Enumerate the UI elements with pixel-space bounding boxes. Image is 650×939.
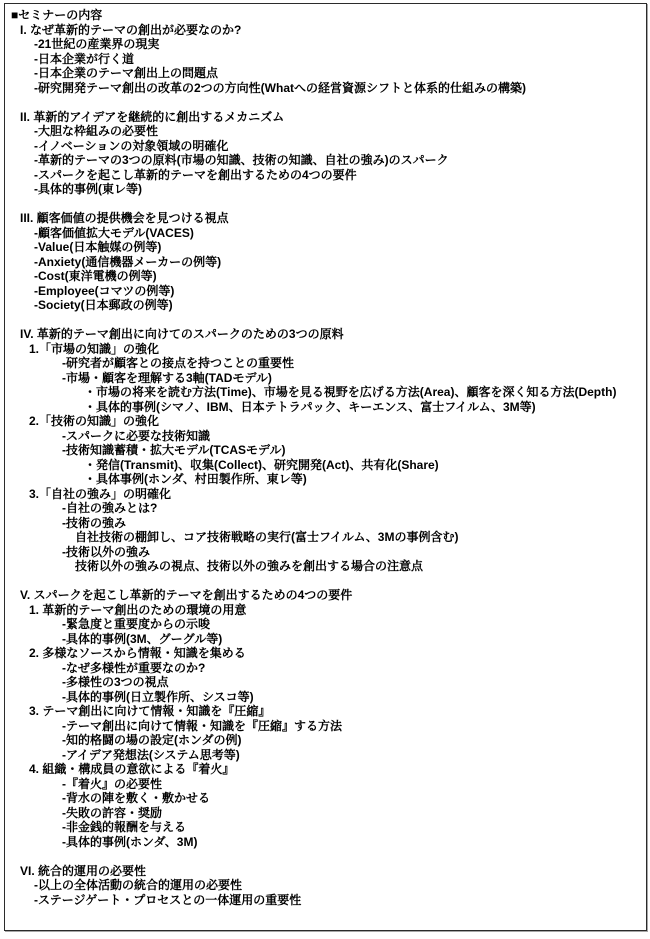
outline-line: V. スパークを起こし革新的テーマを創出するための4つの要件 [5,588,646,603]
outline-line: -技術以外の強み [5,545,646,560]
outline-line: ・発信(Transmit)、収集(Collect)、研究開発(Act)、共有化(… [5,458,646,473]
outline-line: -スパークに必要な技術知識 [5,429,646,444]
outline-line: -市場・顧客を理解する3軸(TADモデル) [5,371,646,386]
outline-line: 自社技術の棚卸し、コア技術戦略の実行(富士フイルム、3Mの事例含む) [5,530,646,545]
outline-line: -緊急度と重要度からの示唆 [5,617,646,632]
blank-line [5,849,646,864]
outline-line: I. なぜ革新的テーマの創出が必要なのか? [5,23,646,38]
outline-line: -『着火』の必要性 [5,777,646,792]
blank-line [5,197,646,212]
outline-line: -以上の全体活動の統合的運用の必要性 [5,878,646,893]
blank-line [5,95,646,110]
outline-line: 1.「市場の知識」の強化 [5,342,646,357]
document-page: ■セミナーの内容 I. なぜ革新的テーマの創出が必要なのか?-21世紀の産業界の… [4,3,647,931]
outline-line: 3.「自社の強み」の明確化 [5,487,646,502]
outline-line: -失敗の許容・奨励 [5,806,646,821]
outline-line: 技術以外の強みの視点、技術以外の強みを創出する場合の注意点 [5,559,646,574]
outline-line: -革新的テーマの3つの原料(市場の知識、技術の知識、自社の強み)のスパーク [5,153,646,168]
outline-line: -スパークを起こし革新的テーマを創出するための4つの要件 [5,168,646,183]
seminar-outline: ■セミナーの内容 I. なぜ革新的テーマの創出が必要なのか?-21世紀の産業界の… [5,8,646,907]
outline-line: -具体的事例(東レ等) [5,182,646,197]
blank-line [5,313,646,328]
outline-line: -Employee(コマツの例等) [5,284,646,299]
outline-line: -技術知識蓄積・拡大モデル(TCASモデル) [5,443,646,458]
outline-line: -Value(日本触媒の例等) [5,240,646,255]
outline-line: -大胆な枠組みの必要性 [5,124,646,139]
outline-line: 3. テーマ創出に向けて情報・知識を『圧縮』 [5,704,646,719]
outline-line: ・具体的事例(シマノ、IBM、日本テトラパック、キーエンス、富士フイルム、3M等… [5,400,646,415]
outline-line: -具体的事例(ホンダ、3M) [5,835,646,850]
outline-line: -知的格闘の場の設定(ホンダの例) [5,733,646,748]
document-title: ■セミナーの内容 [5,8,646,23]
outline-line: -なぜ多様性が重要なのか? [5,661,646,676]
outline-line: -アイデア発想法(システム思考等) [5,748,646,763]
outline-line: -ステージゲート・プロセスとの一体運用の重要性 [5,893,646,908]
outline-line: -日本企業のテーマ創出上の問題点 [5,66,646,81]
outline-line: -技術の強み [5,516,646,531]
outline-line: -Cost(東洋電機の例等) [5,269,646,284]
outline-line: II. 革新的アイデアを継続的に創出するメカニズム [5,110,646,125]
outline-line: 1. 革新的テーマ創出のための環境の用意 [5,603,646,618]
outline-line: -自社の強みとは? [5,501,646,516]
outline-line: -背水の陣を敷く・敷かせる [5,791,646,806]
blank-line [5,574,646,589]
outline-line: III. 顧客価値の提供機会を見つける視点 [5,211,646,226]
outline-line: -テーマ創出に向けて情報・知識を『圧縮』する方法 [5,719,646,734]
outline-line: -イノベーションの対象領域の明確化 [5,139,646,154]
outline-line: -Anxiety(通信機器メーカーの例等) [5,255,646,270]
outline-line: -具体的事例(3M、グーグル等) [5,632,646,647]
outline-line: -研究者が顧客との接点を持つことの重要性 [5,356,646,371]
outline-line: -多様性の3つの視点 [5,675,646,690]
outline-line: VI. 統合的運用の必要性 [5,864,646,879]
outline-line: ・具体事例(ホンダ、村田製作所、東レ等) [5,472,646,487]
outline-line: -研究開発テーマ創出の改革の2つの方向性(Whatへの経営資源シフトと体系的仕組… [5,81,646,96]
outline-line: -Society(日本郵政の例等) [5,298,646,313]
outline-line: 2. 多様なソースから情報・知識を集める [5,646,646,661]
outline-line: -顧客価値拡大モデル(VACES) [5,226,646,241]
outline-line: -21世紀の産業界の現実 [5,37,646,52]
outline-line: 4. 組織・構成員の意欲による『着火』 [5,762,646,777]
outline-line: -具体的事例(日立製作所、シスコ等) [5,690,646,705]
outline-line: 2.「技術の知識」の強化 [5,414,646,429]
outline-line: IV. 革新的テーマ創出に向けてのスパークのための3つの原料 [5,327,646,342]
outline-line: ・市場の将来を読む方法(Time)、市場を見る視野を広げる方法(Area)、顧客… [5,385,646,400]
outline-line: -非金銭的報酬を与える [5,820,646,835]
outline-line: -日本企業が行く道 [5,52,646,67]
